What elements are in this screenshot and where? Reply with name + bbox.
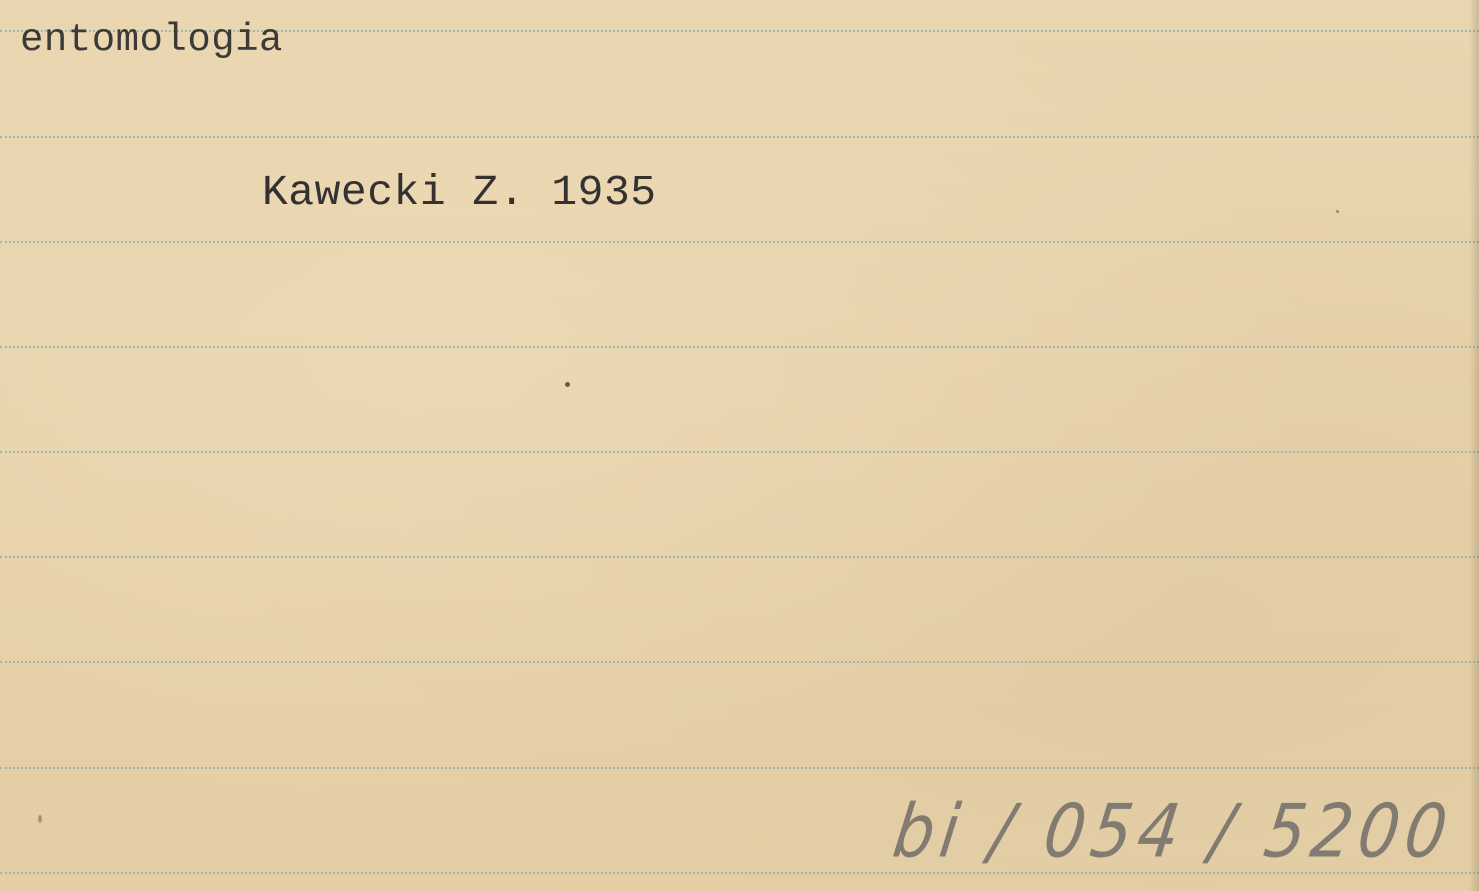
ruled-line [0,661,1479,663]
ruled-line [0,451,1479,453]
call-number: bi / 054 / 5200 [888,790,1458,875]
ruled-line [0,556,1479,558]
ruled-line [0,136,1479,138]
paper-speck [565,382,570,387]
catalog-card: entomologia Kawecki Z. 1935 bi / 054 / 5… [0,0,1479,891]
ruled-line [0,767,1479,769]
ruled-line [0,241,1479,243]
ruled-line [0,346,1479,348]
subject-heading: entomologia [20,18,283,62]
paper-speck [38,815,42,823]
paper-speck [1336,210,1339,213]
author-entry: Kawecki Z. 1935 [262,168,657,217]
